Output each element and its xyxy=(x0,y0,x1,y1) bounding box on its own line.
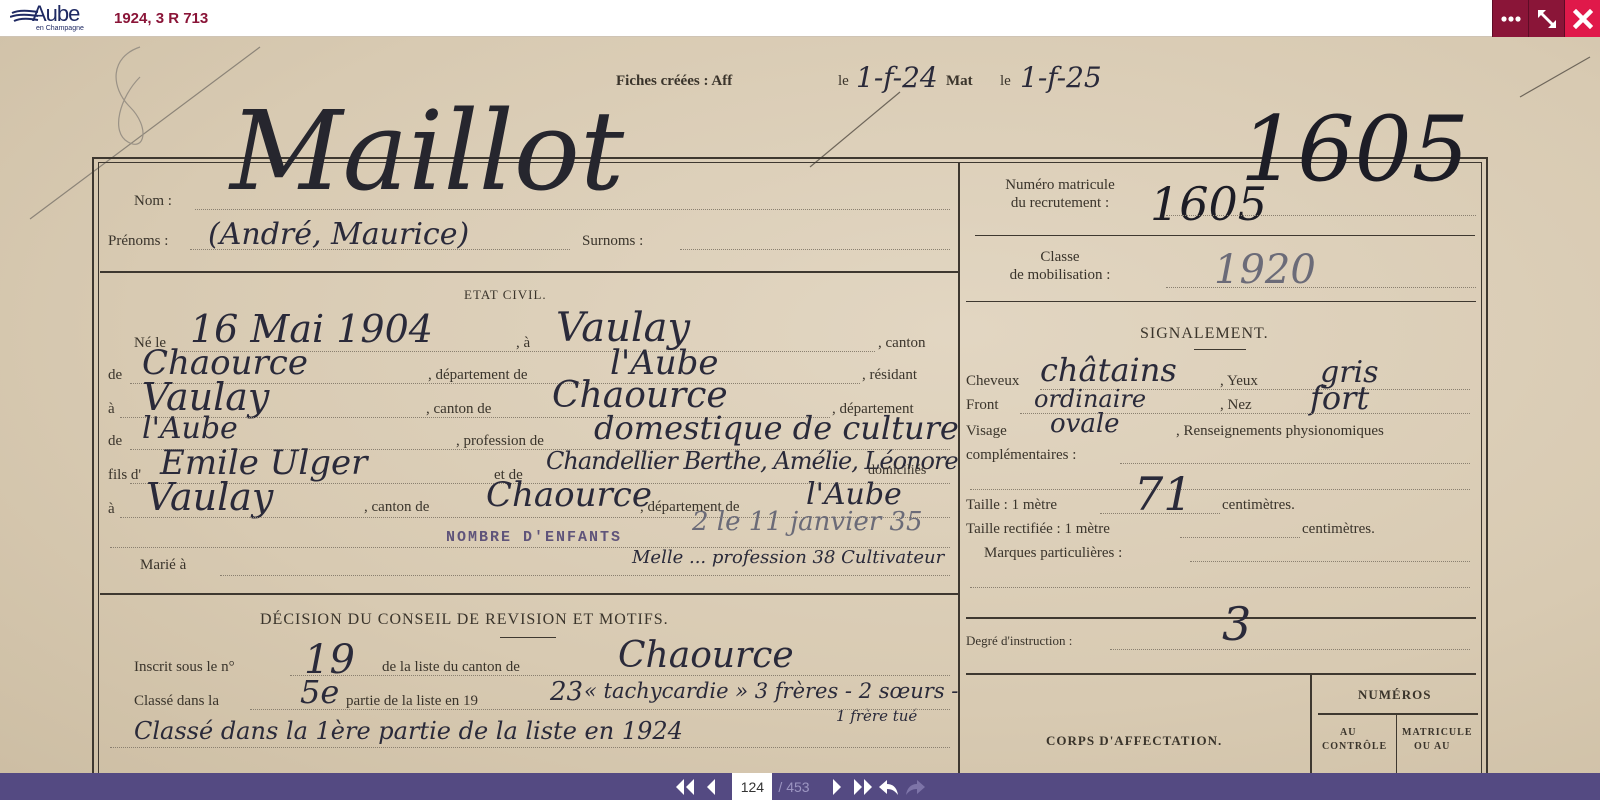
classe-label-1: Classe xyxy=(978,249,1142,266)
birth-dept-label: , département de xyxy=(428,367,528,384)
visage-value: ovale xyxy=(1050,409,1120,439)
matricule-label-1: Numéro matricule xyxy=(978,177,1142,194)
logo-text: Aube xyxy=(32,1,79,27)
residant-label: , résidant xyxy=(862,367,917,384)
ellipsis-icon xyxy=(1501,16,1521,22)
previous-page-button[interactable] xyxy=(699,775,723,799)
page-navigation-bar: / 453 xyxy=(0,773,1600,800)
redo-arrow-icon xyxy=(904,778,926,796)
prenoms-value: (André, Maurice) xyxy=(208,217,469,252)
chevron-right-icon xyxy=(830,778,844,796)
profession: domestique de culture xyxy=(594,409,959,447)
partie-number: 5e xyxy=(300,673,339,711)
aube-logo[interactable]: Aube en Champagne xyxy=(6,0,106,37)
aff-prefix: le xyxy=(838,73,849,90)
more-options-button[interactable] xyxy=(1492,0,1528,37)
yeux-label: , Yeux xyxy=(1220,373,1258,390)
matricule-label-2: du recrutement : xyxy=(978,195,1142,212)
fils-label: fils d' xyxy=(108,467,141,484)
taille-unit: centimètres. xyxy=(1222,497,1295,514)
mat-date: 1-f-25 xyxy=(1020,61,1102,94)
nez-value: fort xyxy=(1310,379,1369,417)
res-canton-label: , canton de xyxy=(426,401,491,418)
page-number-input[interactable] xyxy=(732,773,772,800)
page-total: / 453 xyxy=(778,779,809,795)
au-controle-label-1: AU xyxy=(1340,727,1356,738)
fiches-label: Fiches créées : Aff xyxy=(616,73,732,90)
cheveux-value: châtains xyxy=(1040,351,1177,389)
matricule-col-label-1: MATRICULE xyxy=(1402,727,1472,738)
res-a-label: à xyxy=(108,401,115,418)
next-page-button[interactable] xyxy=(825,775,849,799)
chevron-left-icon xyxy=(704,778,718,796)
decision-canton: Chaource xyxy=(618,635,794,676)
prenoms-label: Prénoms : xyxy=(108,233,168,250)
fullscreen-button[interactable] xyxy=(1528,0,1564,37)
complementaires-label: complémentaires : xyxy=(966,447,1076,464)
nez-label: , Nez xyxy=(1220,397,1252,414)
par-a-label: à xyxy=(108,501,115,518)
nombre-enfants-stamp: NOMBRE D'ENFANTS xyxy=(446,529,622,546)
numeros-label: NUMÉROS xyxy=(1358,687,1431,703)
cheveux-label: Cheveux xyxy=(966,373,1019,390)
nom-value: Maillot xyxy=(230,87,624,215)
marie-label: Marié à xyxy=(140,557,186,574)
au-controle-label-2: CONTRÔLE xyxy=(1322,741,1387,752)
top-bar: Aube en Champagne 1924, 3 R 713 xyxy=(0,0,1600,37)
scanned-document: Fiches créées : Aff le 1-f-24 Mat le 1-f… xyxy=(0,37,1600,773)
nom-label: Nom : xyxy=(134,193,172,210)
partie-label: partie de la liste en 19 xyxy=(346,693,478,710)
undo-arrow-icon xyxy=(878,778,900,796)
redo-button[interactable] xyxy=(903,775,927,799)
taille-label: Taille : 1 mètre xyxy=(966,497,1057,514)
last-page-button[interactable] xyxy=(851,775,875,799)
res-de-label: de xyxy=(108,433,122,450)
double-chevron-left-icon xyxy=(674,778,696,796)
matricule-col-label-2: OU AU xyxy=(1414,741,1450,752)
enfants-note: 2 le 11 janvier 35 xyxy=(692,507,923,537)
expand-arrows-icon xyxy=(1536,8,1558,30)
decision-heading: DÉCISION DU CONSEIL DE REVISION ET MOTIF… xyxy=(260,611,669,629)
surnoms-label: Surnoms : xyxy=(582,233,643,250)
marques-label: Marques particulières : xyxy=(984,545,1122,562)
classe-label-2: de mobilisation : xyxy=(978,267,1142,284)
undo-button[interactable] xyxy=(877,775,901,799)
marie-note: Melle ... profession 38 Cultivateur xyxy=(632,547,944,568)
taille-rectifiee-label: Taille rectifiée : 1 mètre xyxy=(966,521,1110,538)
mat-prefix: le xyxy=(1000,73,1011,90)
first-page-button[interactable] xyxy=(673,775,697,799)
corps-affectation-label: CORPS D'AFFECTATION. xyxy=(1046,733,1222,749)
inscrit-label: Inscrit sous le n° xyxy=(134,659,235,676)
signalement-heading: SIGNALEMENT. xyxy=(1140,325,1269,343)
par-canton-label: , canton de xyxy=(364,499,429,516)
mat-label: Mat xyxy=(946,73,973,90)
aff-date: 1-f-24 xyxy=(856,61,938,94)
parents-canton: Chaource xyxy=(486,475,652,515)
birth-a-label: , à xyxy=(516,335,530,352)
document-viewer[interactable]: Fiches créées : Aff le 1-f-24 Mat le 1-f… xyxy=(0,37,1600,773)
close-button[interactable] xyxy=(1564,0,1600,37)
etat-civil-heading: ETAT CIVIL. xyxy=(464,287,547,303)
double-chevron-right-icon xyxy=(852,778,874,796)
visage-label: Visage xyxy=(966,423,1007,440)
motif-text: « tachycardie » 3 frères - 2 sœurs - xyxy=(584,679,958,703)
classe-dans-label: Classé dans la xyxy=(134,693,219,710)
close-icon xyxy=(1573,9,1593,29)
classe-line-3: Classé dans la 1ère partie de la liste e… xyxy=(134,717,683,745)
profession-label: , profession de xyxy=(456,433,544,450)
instruction-label: Degré d'instruction : xyxy=(966,633,1072,649)
liste-canton-label: de la liste du canton de xyxy=(382,659,520,676)
matricule-value-large: 1605 xyxy=(1240,97,1469,202)
front-label: Front xyxy=(966,397,999,414)
document-title: 1924, 3 R 713 xyxy=(114,10,208,27)
renseignements-label: , Renseignements physionomiques xyxy=(1176,423,1384,440)
logo-subtext: en Champagne xyxy=(36,25,84,32)
de-label: de xyxy=(108,367,122,384)
header-actions xyxy=(1492,0,1600,37)
canton-label: , canton xyxy=(878,335,925,352)
taille-rectifiee-unit: centimètres. xyxy=(1302,521,1375,538)
partie-annee: 23 xyxy=(550,677,583,707)
res-dept: l'Aube xyxy=(142,411,238,446)
parents-place: Vaulay xyxy=(146,475,273,519)
instruction-value: 3 xyxy=(1222,597,1251,651)
